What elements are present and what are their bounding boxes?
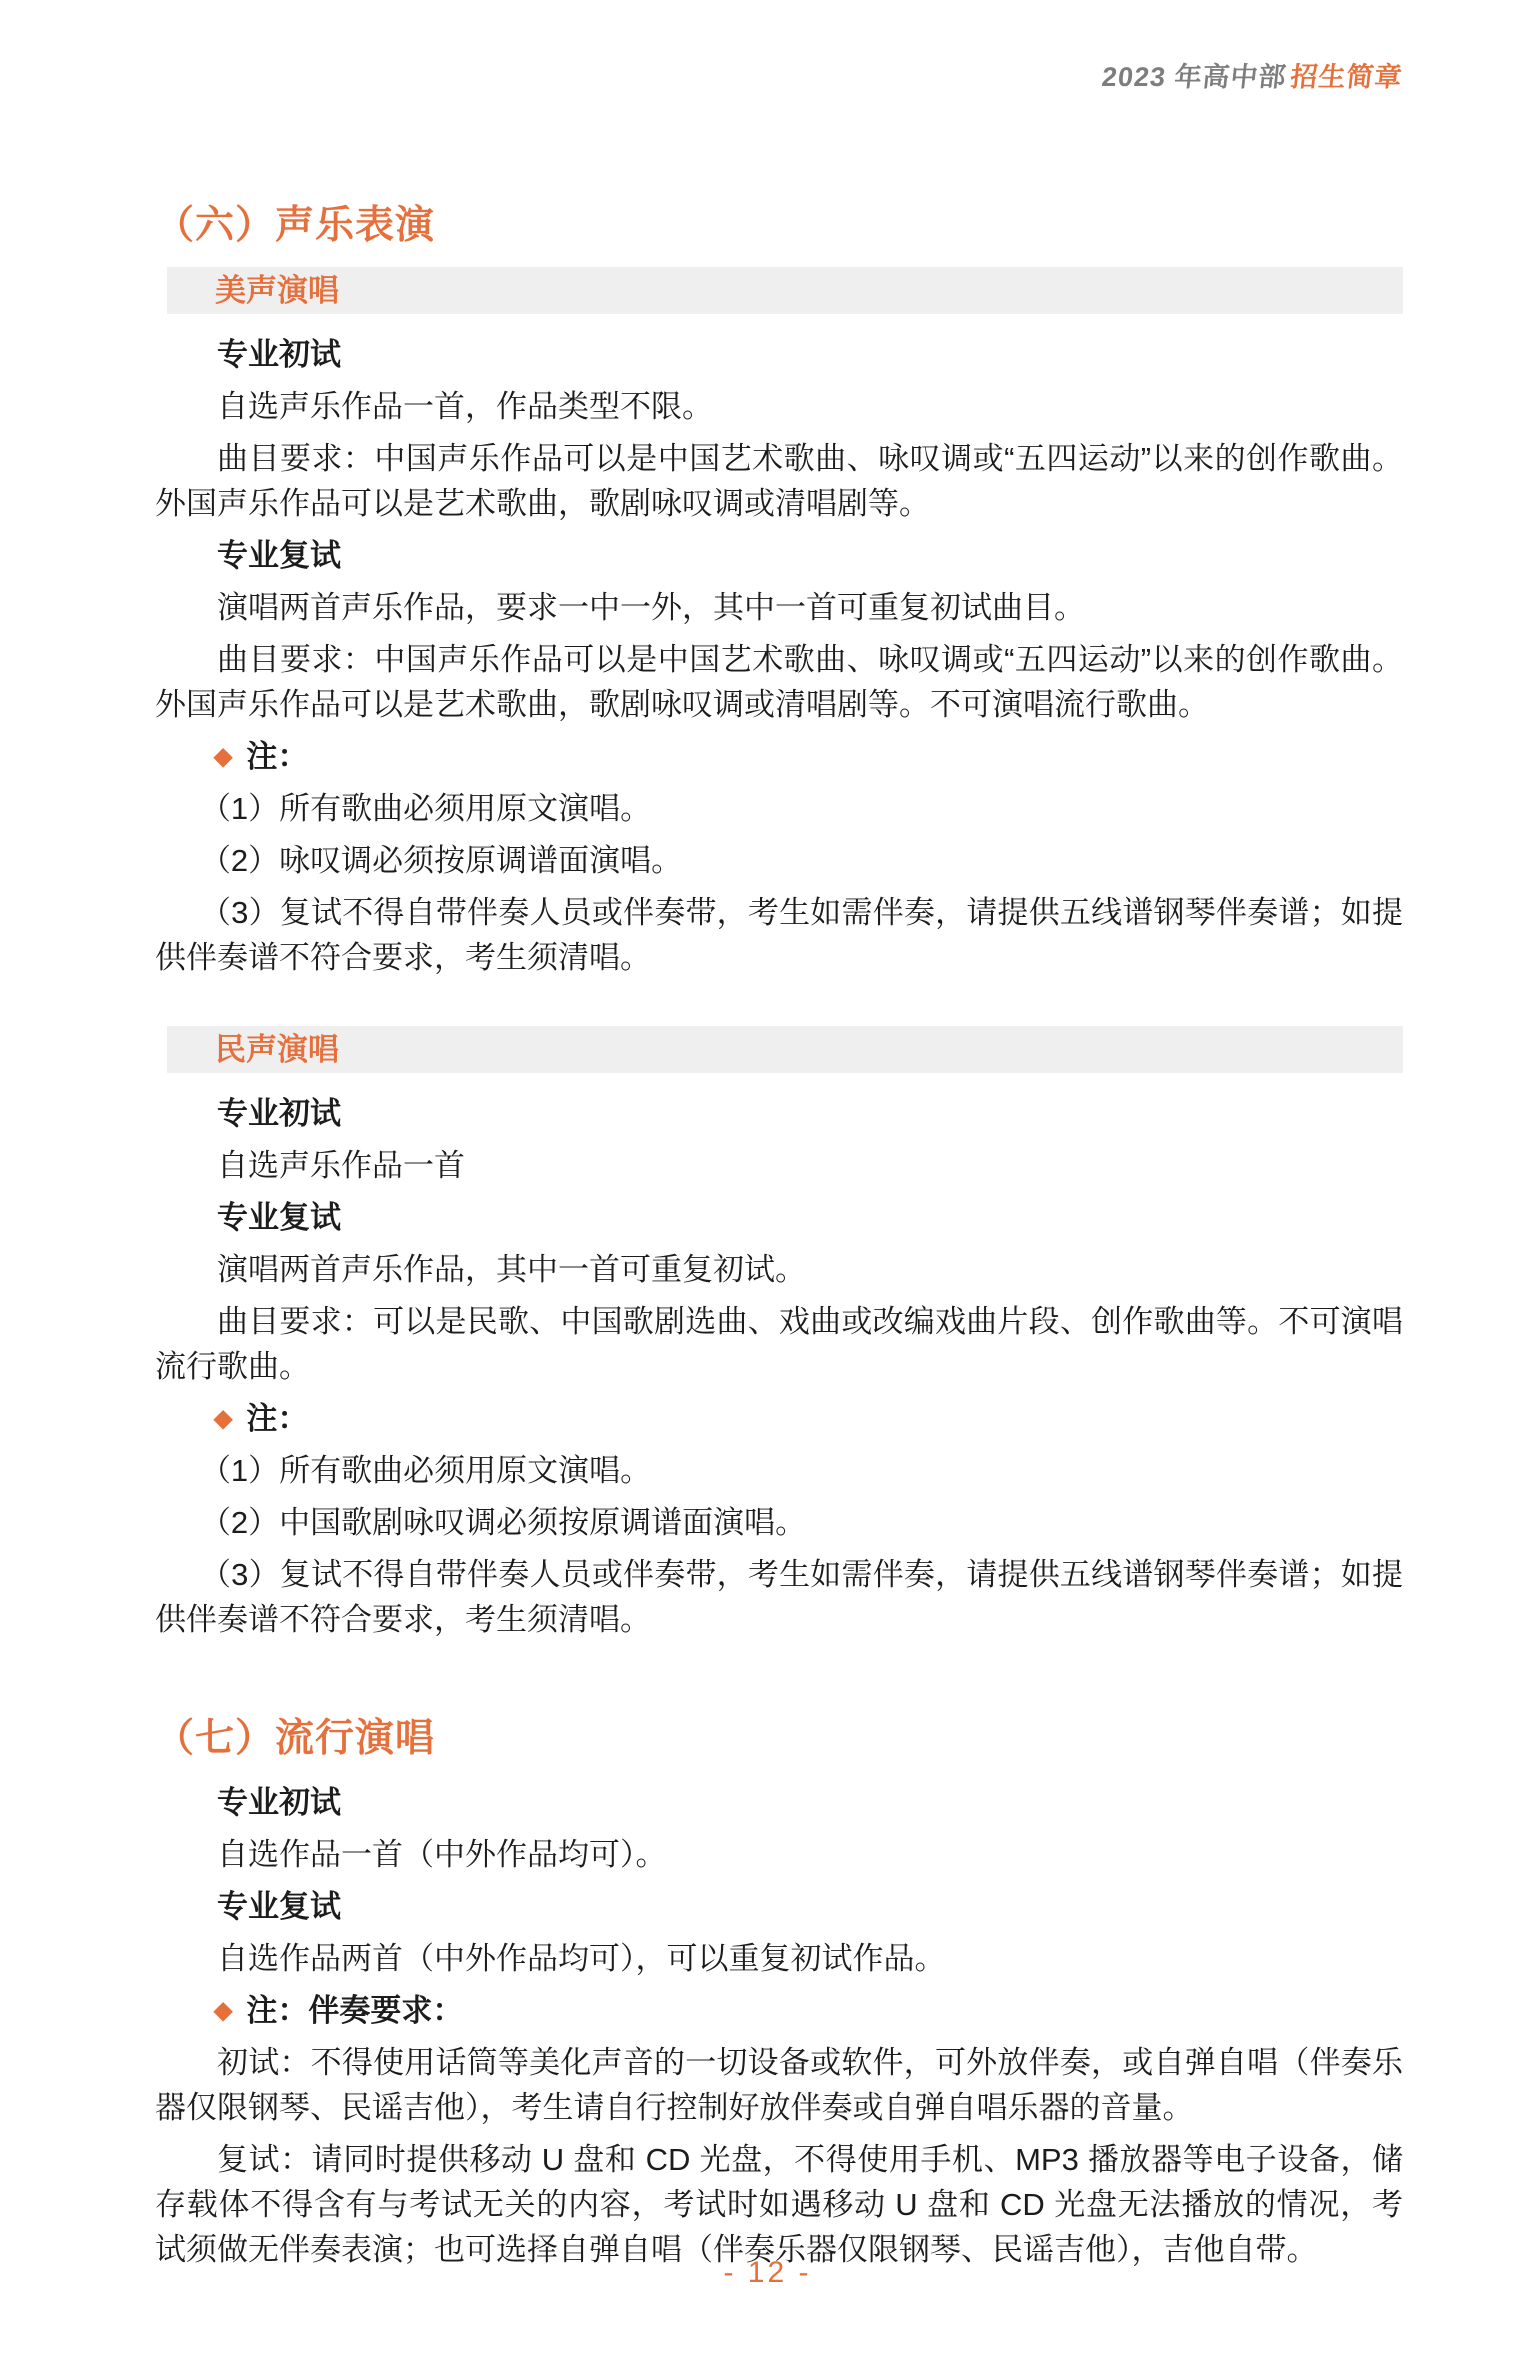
paragraph: 复试：请同时提供移动 U 盘和 CD 光盘，不得使用手机、MP3 播放器等电子设… <box>155 2137 1403 2272</box>
exam-stage-heading: 专业初试 <box>155 1780 1403 1825</box>
header-title-orange: 招生简章 <box>1289 62 1404 92</box>
paragraph: 曲目要求：可以是民歌、中国歌剧选曲、戏曲或改编戏曲片段、创作歌曲等。不可演唱流行… <box>155 1299 1403 1389</box>
note-item: （3）复试不得自带伴奏人员或伴奏带，考生如需伴奏，请提供五线谱钢琴伴奏谱；如提供… <box>155 890 1403 980</box>
section-title: （七）流行演唱 <box>155 1714 1403 1764</box>
paragraph: 自选作品两首（中外作品均可），可以重复初试作品。 <box>155 1936 1403 1981</box>
section-title: （六）声乐表演 <box>155 201 1403 251</box>
exam-stage-heading: 专业复试 <box>155 1884 1403 1929</box>
paragraph: 初试：不得使用话筒等美化声音的一切设备或软件，可外放伴奏，或自弹自唱（伴奏乐器仅… <box>155 2040 1403 2130</box>
exam-stage-heading: 专业复试 <box>155 1195 1403 1240</box>
paragraph: 自选声乐作品一首 <box>155 1143 1403 1188</box>
diamond-icon: ◆ <box>214 1997 232 2024</box>
subsection-banner: 美声演唱 <box>167 267 1403 314</box>
note-item: （3）复试不得自带伴奏人员或伴奏带，考生如需伴奏，请提供五线谱钢琴伴奏谱；如提供… <box>155 1552 1403 1642</box>
subsection: 民声演唱专业初试自选声乐作品一首专业复试演唱两首声乐作品，其中一首可重复初试。曲… <box>155 1026 1403 1642</box>
note-label: 注：伴奏要求： <box>246 1993 463 2028</box>
paragraph: 曲目要求：中国声乐作品可以是中国艺术歌曲、咏叹调或“五四运动”以来的创作歌曲。外… <box>155 436 1403 526</box>
document-content: （六）声乐表演美声演唱专业初试自选声乐作品一首，作品类型不限。曲目要求：中国声乐… <box>155 201 1403 2272</box>
note-label: 注： <box>246 1401 308 1436</box>
section: （六）声乐表演美声演唱专业初试自选声乐作品一首，作品类型不限。曲目要求：中国声乐… <box>155 201 1403 1642</box>
paragraph: 自选作品一首（中外作品均可）。 <box>155 1832 1403 1877</box>
diamond-icon: ◆ <box>214 743 232 770</box>
paragraph: 演唱两首声乐作品，其中一首可重复初试。 <box>155 1247 1403 1292</box>
exam-stage-heading: 专业初试 <box>155 1091 1403 1136</box>
document-page: 2023 年高中部招生简章 （六）声乐表演美声演唱专业初试自选声乐作品一首，作品… <box>0 0 1535 2362</box>
paragraph: 自选声乐作品一首，作品类型不限。 <box>155 384 1403 429</box>
note-item: （2）中国歌剧咏叹调必须按原调谱面演唱。 <box>155 1500 1403 1545</box>
section: （七）流行演唱专业初试自选作品一首（中外作品均可）。专业复试自选作品两首（中外作… <box>155 1714 1403 2272</box>
subsection-banner: 民声演唱 <box>167 1026 1403 1073</box>
exam-stage-heading: 专业复试 <box>155 533 1403 578</box>
note-label: 注： <box>246 739 308 774</box>
subsection: 专业初试自选作品一首（中外作品均可）。专业复试自选作品两首（中外作品均可），可以… <box>155 1780 1403 2272</box>
note-item: （1）所有歌曲必须用原文演唱。 <box>155 786 1403 831</box>
header-title-gray: 2023 年高中部 <box>1100 62 1288 92</box>
note-item: （2）咏叹调必须按原调谱面演唱。 <box>155 838 1403 883</box>
note-item: （1）所有歌曲必须用原文演唱。 <box>155 1448 1403 1493</box>
note-line: ◆注： <box>155 734 1403 779</box>
exam-stage-heading: 专业初试 <box>155 332 1403 377</box>
paragraph: 演唱两首声乐作品，要求一中一外，其中一首可重复初试曲目。 <box>155 585 1403 630</box>
page-header: 2023 年高中部招生简章 <box>153 55 1405 91</box>
subsection: 美声演唱专业初试自选声乐作品一首，作品类型不限。曲目要求：中国声乐作品可以是中国… <box>155 267 1403 980</box>
note-line: ◆注：伴奏要求： <box>155 1988 1403 2033</box>
paragraph: 曲目要求：中国声乐作品可以是中国艺术歌曲、咏叹调或“五四运动”以来的创作歌曲。外… <box>155 637 1403 727</box>
page-number: - 12 - <box>0 2256 1535 2290</box>
diamond-icon: ◆ <box>214 1405 232 1432</box>
note-line: ◆注： <box>155 1396 1403 1441</box>
